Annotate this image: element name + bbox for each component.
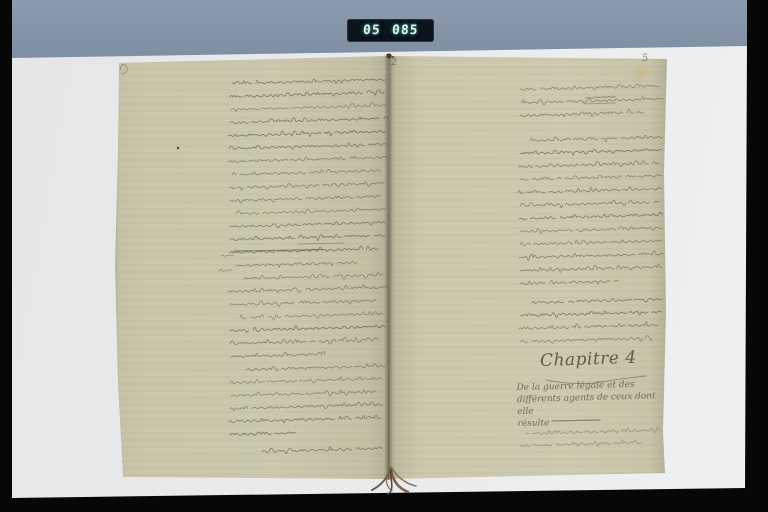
page-number-corner: 5 (641, 53, 648, 65)
handwriting-ink (0, 0, 768, 512)
archive-photo: 05 085 2 5 Chapitre 4 De la guerre légal… (0, 0, 768, 512)
chapter-subtitle: De la guerre légale et des différents ag… (516, 378, 669, 430)
page-number-gutter: 2 (391, 58, 397, 68)
chapter-heading: Chapitre 4 (540, 347, 661, 371)
